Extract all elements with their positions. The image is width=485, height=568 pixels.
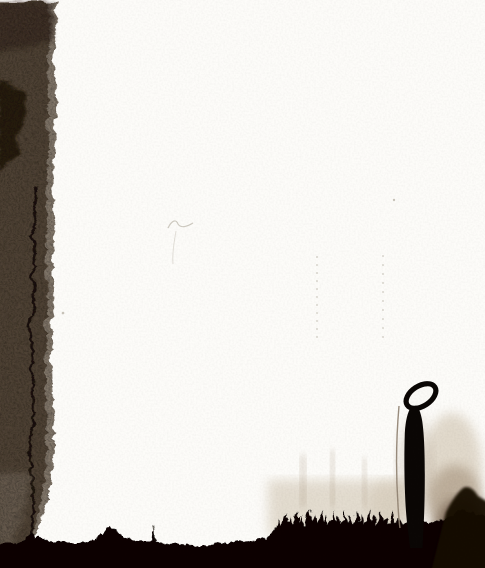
paper-grain-overlay (0, 0, 485, 568)
artwork-canvas (0, 0, 485, 568)
painting-stage (0, 0, 485, 568)
